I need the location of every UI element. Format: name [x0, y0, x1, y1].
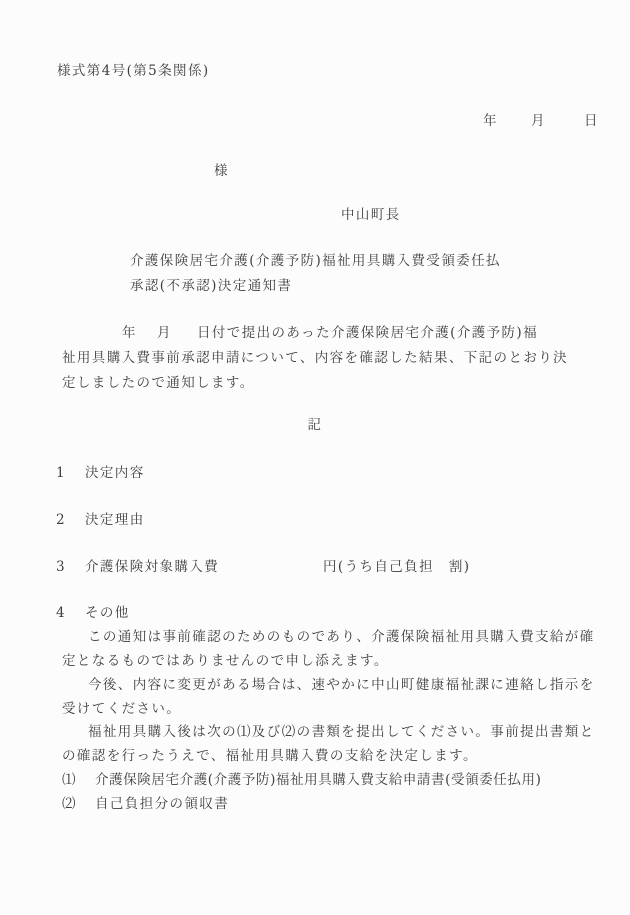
required-document-2-text: 自己負担分の領収書 — [95, 794, 229, 814]
document-title-line2: 承認(不承認)決定通知書 — [130, 276, 292, 296]
required-document-1-text: 介護保険居宅介護(介護予防)福祉用具購入費支給申請書(受領委任払用) — [95, 770, 541, 790]
body-line1: 日付で提出のあった介護保険居宅介護(介護予防)福 — [197, 323, 538, 343]
note1-line1: この通知は事前確認のためのものであり、介護保険福祉用具購入費支給が確 — [88, 627, 595, 647]
body-line3: 定しましたので通知します。 — [62, 373, 255, 393]
document-page: 様式第4号(第5条関係) 年 月 日 様 中山町長 介護保険居宅介護(介護予防)… — [0, 0, 630, 915]
issue-date-year-label: 年 — [483, 111, 498, 131]
item-3-number: 3 — [56, 557, 66, 577]
item-3-amount-suffix: 円(うち自己負担 割) — [323, 557, 470, 577]
issue-date-month-label: 月 — [531, 111, 546, 131]
item-4-number: 4 — [56, 603, 66, 623]
item-1-label: 決定内容 — [85, 463, 145, 483]
issue-date-day-label: 日 — [584, 111, 599, 131]
item-3-label: 介護保険対象購入費 — [85, 557, 219, 577]
form-number: 様式第4号(第5条関係) — [57, 61, 210, 81]
required-document-2-number: ⑵ — [62, 794, 77, 814]
required-document-1-number: ⑴ — [62, 770, 77, 790]
addressee-honorific: 様 — [214, 161, 229, 181]
note2-line1: 今後、内容に変更がある場合は、速やかに中山町健康福祉課に連絡し指示を — [88, 675, 595, 695]
sender-title: 中山町長 — [341, 205, 401, 225]
document-title-line1: 介護保険居宅介護(介護予防)福祉用具購入費受領委任払 — [130, 251, 501, 271]
note2-line2: 受けてください。 — [62, 699, 181, 719]
note3-line1: 福祉用具購入後は次の⑴及び⑵の書類を提出してください。事前提出書類と — [88, 722, 595, 742]
item-4-label: その他 — [85, 603, 130, 623]
item-1-number: 1 — [56, 463, 66, 483]
record-marker: 記 — [0, 415, 630, 435]
item-2-label: 決定理由 — [85, 510, 145, 530]
item-2-number: 2 — [56, 510, 66, 530]
note3-line2: の確認を行ったうえで、福祉用具購入費の支給を決定します。 — [62, 746, 478, 766]
body-date-month-label: 月 — [157, 323, 172, 343]
body-line2: 祉用具購入費事前承認申請について、内容を確認した結果、下記のとおり決 — [62, 348, 568, 368]
note1-line2: 定となるものではありませんので申し添えます。 — [62, 651, 389, 671]
body-date-year-label: 年 — [122, 323, 137, 343]
